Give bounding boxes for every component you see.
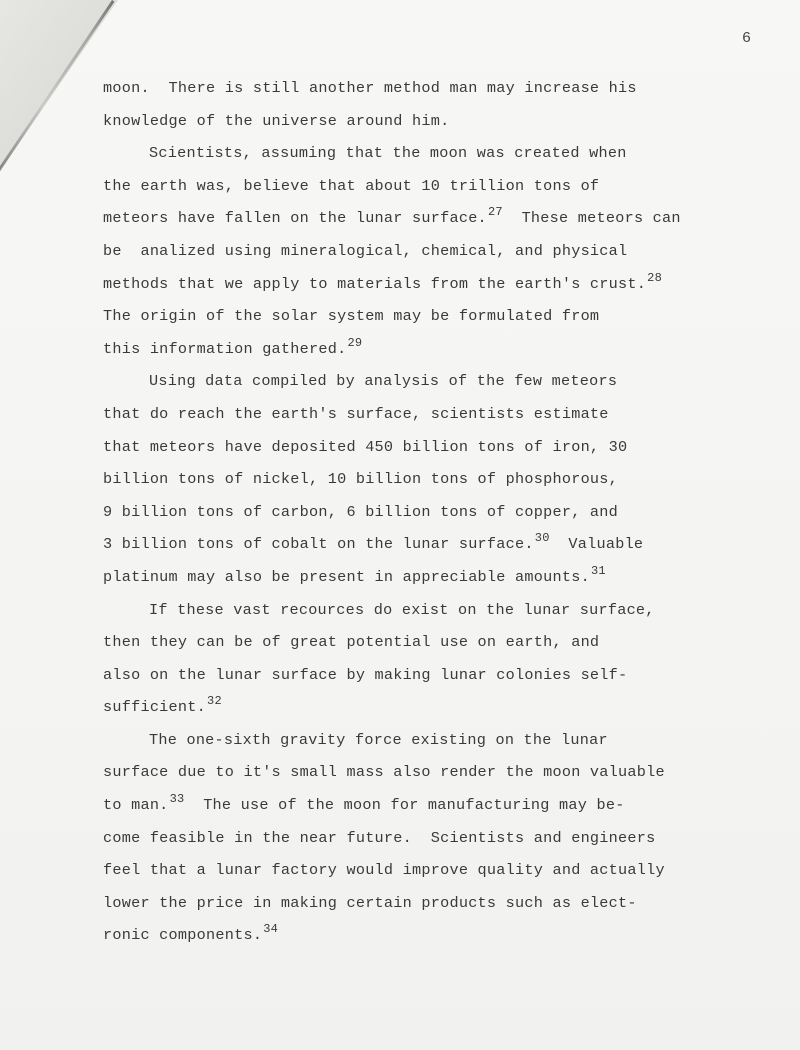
footnote-marker: 32 [207,694,222,708]
text-line: then they can be of great potential use … [103,629,703,662]
text-line: moon. There is still another method man … [103,75,703,108]
text-line: Scientists, assuming that the moon was c… [103,140,703,173]
line-text-continued: These meteors can [503,209,681,227]
line-text: The origin of the solar system may be fo… [103,307,599,325]
line-text: platinum may also be present in apprecia… [103,568,590,586]
line-text: also on the lunar surface by making luna… [103,666,627,684]
text-line: 3 billion tons of cobalt on the lunar su… [103,531,703,564]
line-text: to man. [103,796,169,814]
line-text: then they can be of great potential use … [103,633,599,651]
text-line: billion tons of nickel, 10 billion tons … [103,466,703,499]
page-number: 6 [742,30,751,47]
text-line: lower the price in making certain produc… [103,890,703,923]
text-line: feel that a lunar factory would improve … [103,857,703,890]
text-line: Using data compiled by analysis of the f… [103,368,703,401]
footnote-marker: 34 [263,922,278,936]
text-line: to man.33 The use of the moon for manufa… [103,792,703,825]
line-text: this information gathered. [103,340,346,358]
text-line: that meteors have deposited 450 billion … [103,434,703,467]
footnote-marker: 27 [488,205,503,219]
text-line: come feasible in the near future. Scient… [103,825,703,858]
text-line: ronic components.34 [103,922,703,955]
text-line: If these vast recources do exist on the … [103,597,703,630]
text-line: be analized using mineralogical, chemica… [103,238,703,271]
line-text: The one-sixth gravity force existing on … [149,731,608,749]
text-line: sufficient.32 [103,694,703,727]
text-line: knowledge of the universe around him. [103,108,703,141]
line-text: sufficient. [103,698,206,716]
body-text: moon. There is still another method man … [103,75,703,955]
line-text: that do reach the earth's surface, scien… [103,405,609,423]
text-line: platinum may also be present in apprecia… [103,564,703,597]
footnote-marker: 29 [347,336,362,350]
line-text: be analized using mineralogical, chemica… [103,242,627,260]
text-line: 9 billion tons of carbon, 6 billion tons… [103,499,703,532]
footnote-marker: 31 [591,564,606,578]
line-text-continued: Valuable [550,535,644,553]
text-line: this information gathered.29 [103,336,703,369]
line-text: If these vast recources do exist on the … [149,601,655,619]
text-line: meteors have fallen on the lunar surface… [103,205,703,238]
line-text: knowledge of the universe around him. [103,112,449,130]
text-line: the earth was, believe that about 10 tri… [103,173,703,206]
line-text-continued: The use of the moon for manufacturing ma… [184,796,624,814]
line-text: lower the price in making certain produc… [103,894,637,912]
line-text: 9 billion tons of carbon, 6 billion tons… [103,503,618,521]
text-line: surface due to it's small mass also rend… [103,759,703,792]
line-text: feel that a lunar factory would improve … [103,861,665,879]
line-text: billion tons of nickel, 10 billion tons … [103,470,618,488]
line-text: meteors have fallen on the lunar surface… [103,209,487,227]
typewritten-page: 6 moon. There is still another method ma… [0,0,800,1050]
text-line: methods that we apply to materials from … [103,271,703,304]
text-line: The one-sixth gravity force existing on … [103,727,703,760]
line-text: Using data compiled by analysis of the f… [149,372,617,390]
line-text: the earth was, believe that about 10 tri… [103,177,599,195]
line-text: surface due to it's small mass also rend… [103,763,665,781]
line-text: that meteors have deposited 450 billion … [103,438,627,456]
line-text: moon. There is still another method man … [103,79,637,97]
footnote-marker: 28 [647,271,662,285]
line-text: Scientists, assuming that the moon was c… [149,144,627,162]
text-line: also on the lunar surface by making luna… [103,662,703,695]
line-text: come feasible in the near future. Scient… [103,829,655,847]
footnote-marker: 33 [170,792,185,806]
line-text: 3 billion tons of cobalt on the lunar su… [103,535,534,553]
line-text: methods that we apply to materials from … [103,275,646,293]
text-line: that do reach the earth's surface, scien… [103,401,703,434]
line-text: ronic components. [103,926,262,944]
text-line: The origin of the solar system may be fo… [103,303,703,336]
footnote-marker: 30 [535,531,550,545]
